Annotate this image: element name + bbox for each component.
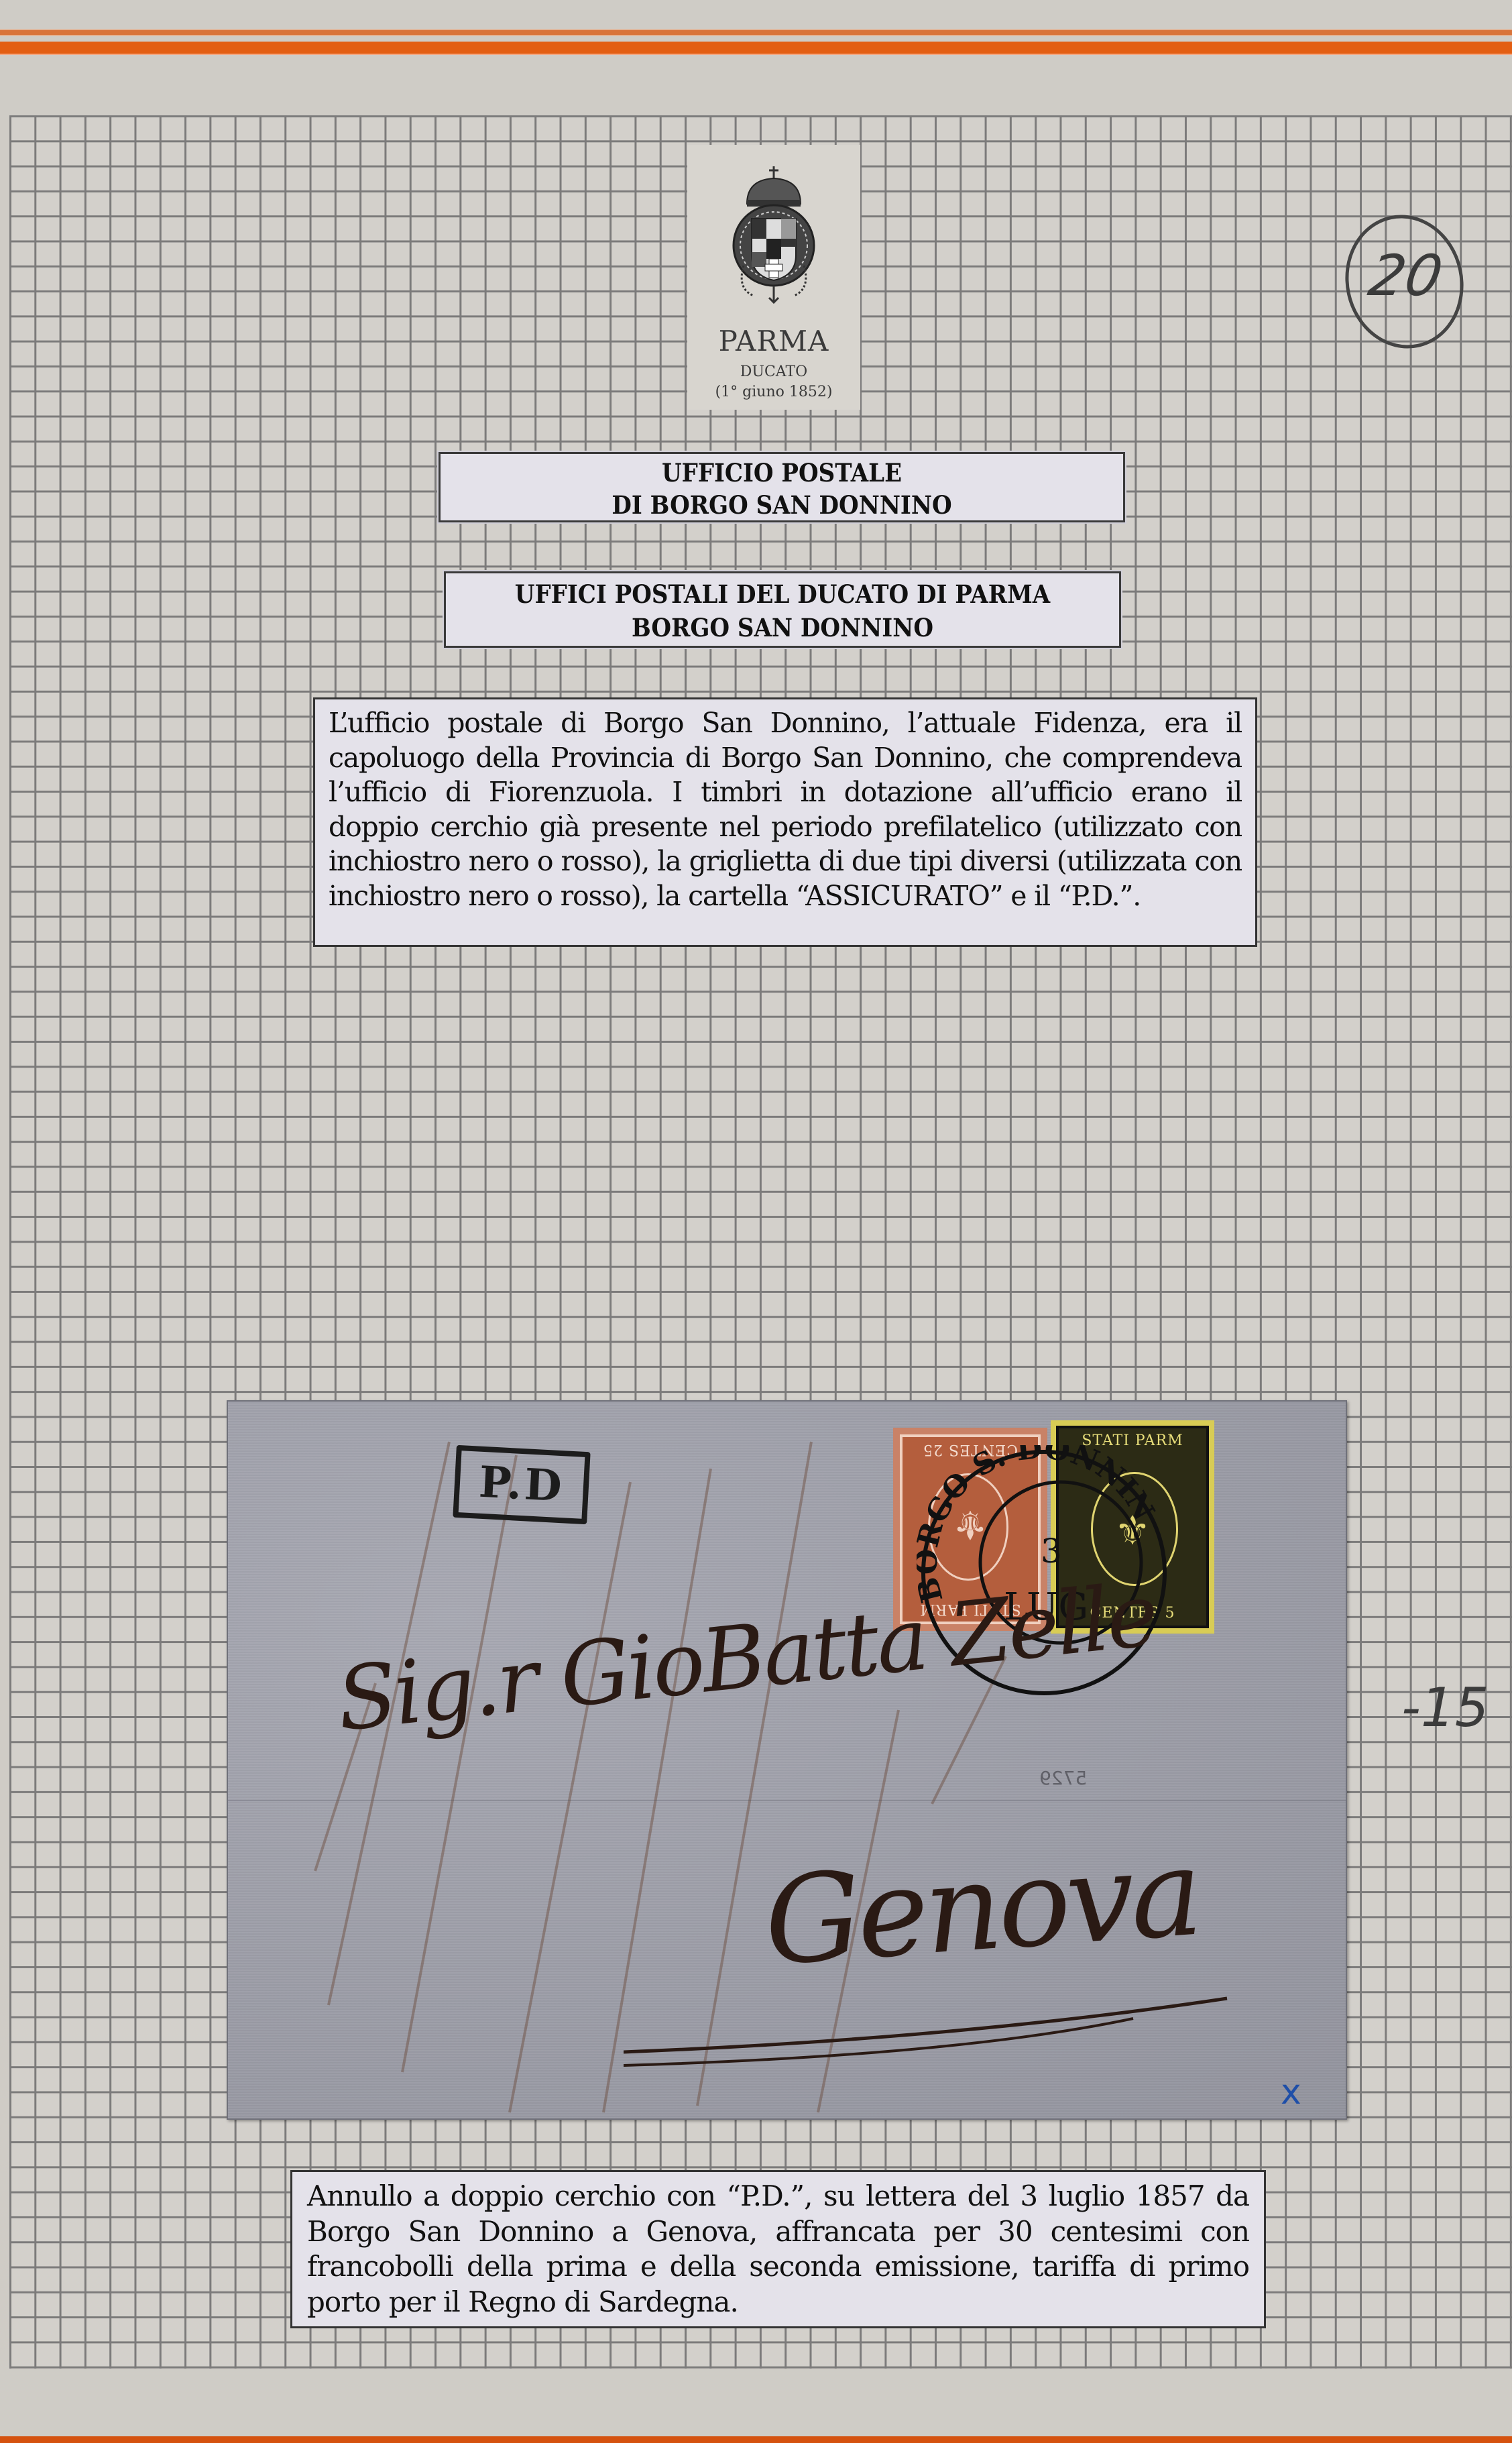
crest-subtitle: DUCATO xyxy=(687,363,860,380)
top-border-thick xyxy=(0,42,1512,55)
header-crest-plate: PARMA DUCATO (1° giuno 1852) xyxy=(687,145,860,410)
datestamp-day: 3 xyxy=(1041,1532,1062,1571)
office-title-line2: DI BORGO SAN DONNINO xyxy=(468,489,1096,521)
address-flourish xyxy=(624,1992,1294,2072)
postal-cover: P.D STATI PARM ⚜ CENTES 25 STATI PARM ⚜ … xyxy=(227,1400,1347,2120)
office-title-box: UFFICIO POSTALE DI BORGO SAN DONNINO xyxy=(439,452,1125,522)
top-border-thin xyxy=(0,30,1512,36)
section-title-line2: BORGO SAN DONNINO xyxy=(473,611,1092,644)
description-box: L’ufficio postale di Borgo San Donnino, … xyxy=(313,697,1257,947)
address-recipient: Sig.r GioBatta Zelle xyxy=(332,1563,1160,1750)
address-city: Genova xyxy=(760,1823,1203,1993)
cover-fold-line xyxy=(228,1800,1346,1801)
blue-mark: x xyxy=(1281,2072,1301,2112)
page-number: 20 xyxy=(1364,243,1447,308)
section-title-line1: UFFICI POSTALI DEL DUCATO DI PARMA xyxy=(473,577,1092,611)
section-title-box: UFFICI POSTALI DEL DUCATO DI PARMA BORGO… xyxy=(444,571,1121,648)
side-pencil-number: -15 xyxy=(1401,1677,1489,1739)
crest-title: PARMA xyxy=(687,325,860,357)
pd-cachet: P.D xyxy=(453,1445,590,1524)
office-title-line1: UFFICIO POSTALE xyxy=(468,457,1096,489)
parma-coat-of-arms-icon xyxy=(723,165,824,309)
crest-date: (1° giuno 1852) xyxy=(687,384,860,400)
cover-caption-box: Annullo a doppio cerchio con “P.D.”, su … xyxy=(290,2170,1266,2328)
bottom-border xyxy=(0,2436,1512,2443)
pencil-note: 5729 xyxy=(1039,1767,1087,1789)
